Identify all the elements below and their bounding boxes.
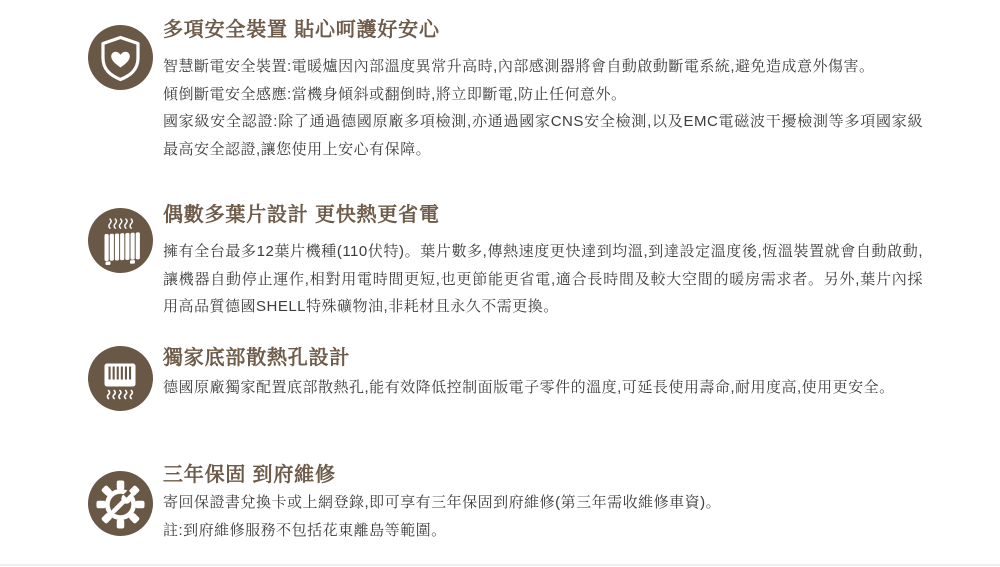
feature-title: 獨家底部散熱孔設計 [163, 344, 923, 372]
feature-paragraph: 擁有全台最多12葉片機種(110伏特)。葉片數多,傳熱速度更快達到均溫,到達設定… [163, 238, 923, 321]
shield-heart-icon [88, 25, 153, 90]
feature-content: 獨家底部散熱孔設計 德國原廠獨家配置底部散熱孔,能有效降低控制面版電子零件的溫度… [163, 344, 923, 402]
feature-paragraph: 註:到府維修服務不包括花東離島等範圍。 [163, 517, 923, 545]
bottom-vent-icon [88, 346, 153, 411]
feature-paragraph: 智慧斷電安全裝置:電暖爐因內部溫度異常升高時,內部感測器將會自動啟動斷電系統,避… [163, 53, 923, 81]
feature-title: 多項安全裝置 貼心呵護好安心 [163, 16, 923, 44]
feature-content: 偶數多葉片設計 更快熱更省電 擁有全台最多12葉片機種(110伏特)。葉片數多,… [163, 201, 923, 321]
feature-paragraph: 德國原廠獨家配置底部散熱孔,能有效降低控制面版電子零件的溫度,可延長使用壽命,耐… [163, 374, 923, 402]
feature-title: 三年保固 到府維修 [163, 461, 923, 489]
feature-title: 偶數多葉片設計 更快熱更省電 [163, 201, 923, 229]
feature-paragraph: 傾倒斷電安全感應:當機身傾斜或翻倒時,將立即斷電,防止任何意外。 [163, 81, 923, 109]
radiator-icon [88, 208, 153, 273]
feature-paragraph: 寄回保證書兌換卡或上網登錄,即可享有三年保固到府維修(第三年需收維修車資)。 [163, 489, 923, 517]
feature-content: 三年保固 到府維修 寄回保證書兌換卡或上網登錄,即可享有三年保固到府維修(第三年… [163, 461, 923, 544]
feature-content: 多項安全裝置 貼心呵護好安心 智慧斷電安全裝置:電暖爐因內部溫度異常升高時,內部… [163, 16, 923, 163]
product-feature-page: 多項安全裝置 貼心呵護好安心 智慧斷電安全裝置:電暖爐因內部溫度異常升高時,內部… [0, 0, 1000, 567]
gear-wrench-icon [88, 471, 153, 536]
feature-paragraph: 國家級安全認證:除了通過德國原廠多項檢測,亦通過國家CNS安全檢測,以及EMC電… [163, 108, 923, 163]
bottom-divider [0, 564, 1000, 566]
